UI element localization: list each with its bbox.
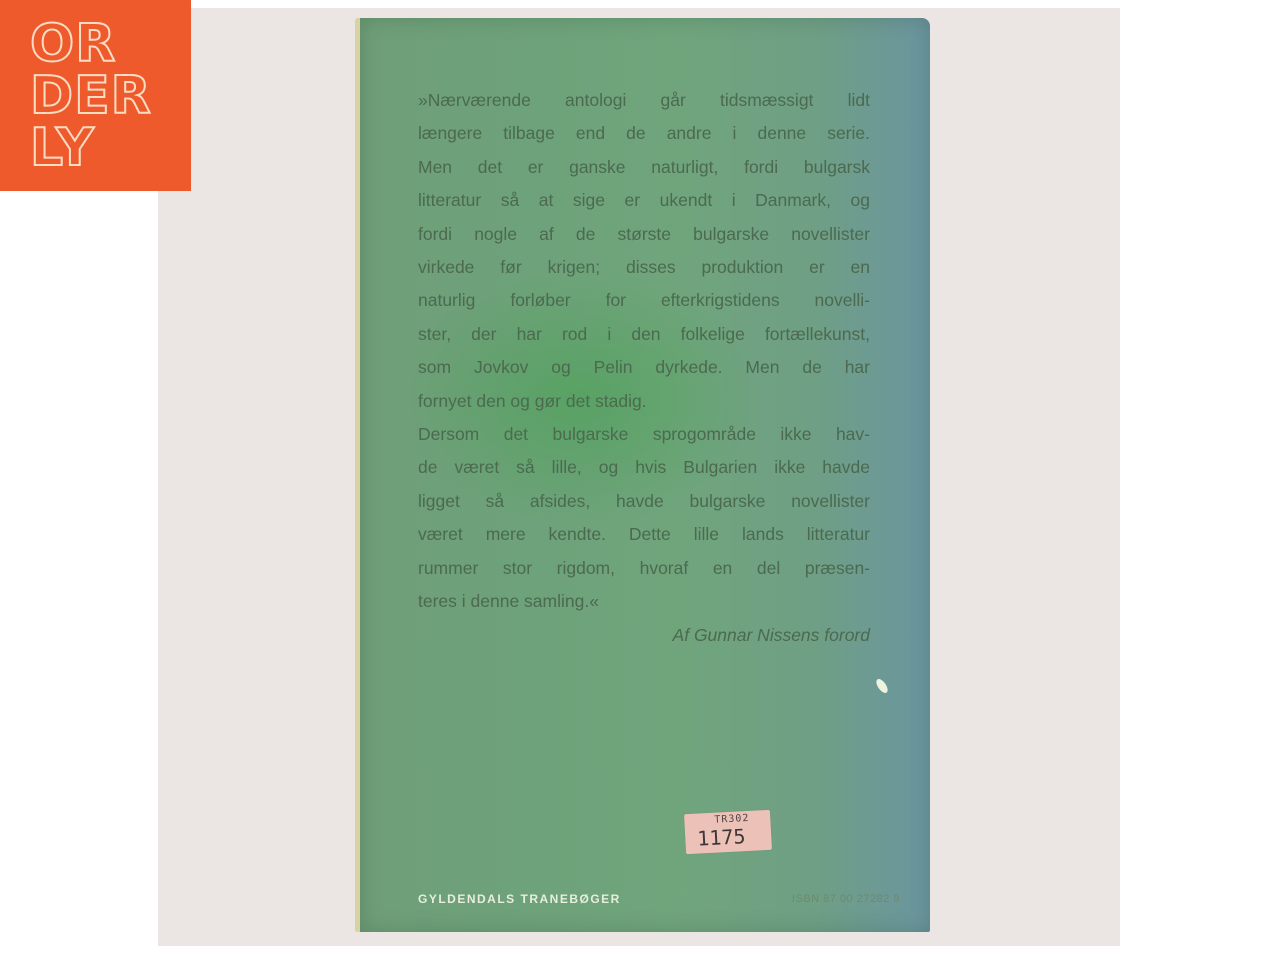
blurb-line: naturlig forløber for efterkrigstidens n… — [418, 284, 870, 317]
orderly-logo: OR DER LY — [0, 0, 191, 191]
blurb-line: rummer stor rigdom, hvoraf en del præsen… — [418, 552, 870, 585]
blurb-line: længere tilbage end de andre i denne ser… — [418, 117, 870, 150]
logo-wordmark: OR DER LY — [30, 18, 152, 174]
blurb-line: »Nærværende antologi går tidsmæssigt lid… — [418, 84, 870, 117]
price-sticker: TR302 1175 — [684, 810, 772, 854]
blurb-line: været mere kendte. Dette lille lands lit… — [418, 518, 870, 551]
logo-line: OR — [30, 18, 152, 70]
blurb-line: Men det er ganske naturligt, fordi bulga… — [418, 151, 870, 184]
blurb-line: de været så lille, og hvis Bulgarien ikk… — [418, 451, 870, 484]
logo-line: LY — [30, 122, 152, 174]
blurb-line: ligget så afsides, havde bulgarske novel… — [418, 485, 870, 518]
blurb-line: som Jovkov og Pelin dyrkede. Men de har — [418, 351, 870, 384]
book-back-cover: »Nærværende antologi går tidsmæssigt lid… — [355, 18, 930, 932]
blurb-line: fordi nogle af de største bulgarske nove… — [418, 218, 870, 251]
blurb-attribution: Af Gunnar Nissens forord — [418, 619, 870, 652]
blurb-line: ster, der har rod i den folkelige fortæl… — [418, 318, 870, 351]
blurb-line: litteratur så at sige er ukendt i Danmar… — [418, 184, 870, 217]
blurb-line: fornyet den og gør det stadig. — [418, 385, 870, 418]
cover-scratch — [874, 677, 890, 695]
blurb-line: Dersom det bulgarske sprogområde ikke ha… — [418, 418, 870, 451]
isbn-number: ISBN 87 00 27282 9 — [792, 893, 900, 905]
sticker-number: 1175 — [697, 824, 746, 850]
blurb-line: virkede før krigen; disses produktion er… — [418, 251, 870, 284]
blurb-line: teres i denne samling.« — [418, 585, 870, 618]
logo-line: DER — [30, 70, 152, 122]
book-blurb: »Nærværende antologi går tidsmæssigt lid… — [418, 84, 870, 652]
publisher-name: GYLDENDALS TRANEBØGER — [418, 892, 621, 906]
